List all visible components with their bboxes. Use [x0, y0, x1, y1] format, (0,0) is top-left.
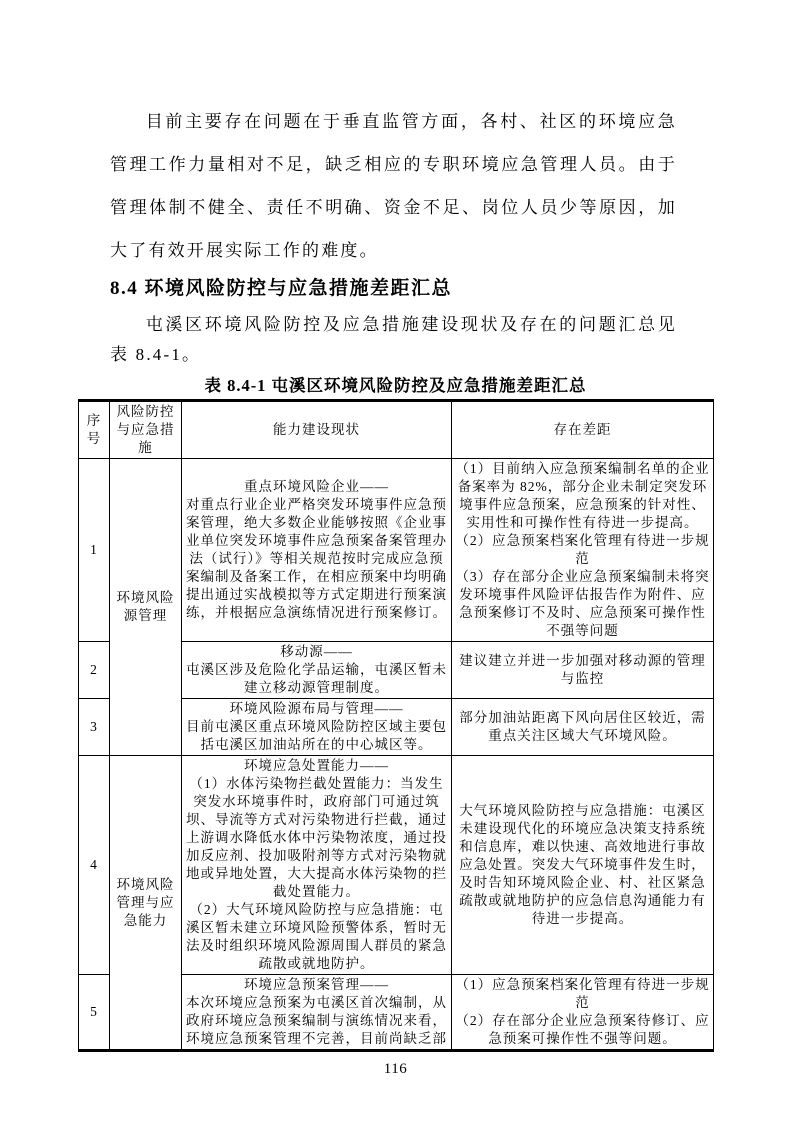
risk-gap-summary-table: 序号 风险防控与应急措施 能力建设现状 存在差距 1 环境风险源管理 重点环境风…	[78, 399, 714, 1052]
table-caption: 表 8.4-1 屯溪区环境风险防控及应急措施差距汇总	[78, 375, 713, 397]
status-heading: 移动源——	[184, 643, 449, 661]
category-cell-risk-source: 环境风险源管理	[110, 459, 182, 756]
table-row-1: 1 环境风险源管理 重点环境风险企业—— 对重点行业企业严格突发环境事件应急预案…	[79, 459, 714, 642]
column-header-gap: 存在差距	[452, 401, 714, 459]
category-cell-risk-management: 环境风险管理与应急能力	[110, 756, 182, 1051]
status-heading: 重点环境风险企业——	[184, 478, 449, 496]
gap-item: 建议建立并进一步加强对移动源的管理与监控	[454, 652, 711, 688]
column-header-status: 能力建设现状	[182, 401, 452, 459]
table-row-4: 4 环境风险管理与应急能力 环境应急处置能力—— （1）水体污染物拦截处置能力：…	[79, 756, 714, 975]
gap-cell: 部分加油站距离下风向居住区较近，需重点关注区域大气环境风险。	[452, 699, 714, 756]
status-heading: 环境应急预案管理——	[184, 976, 449, 994]
status-cell: 环境风险源布局与管理—— 目前屯溪区重点环境风险防控区域主要包括屯溪区加油站所在…	[182, 699, 452, 756]
row-number-cell: 4	[79, 756, 110, 975]
status-paragraph: 屯溪区涉及危险化学品运输，屯溪区暂未建立移动源管理制度。	[184, 661, 449, 697]
gap-cell: 建议建立并进一步加强对移动源的管理与监控	[452, 642, 714, 699]
page-number: 116	[78, 1061, 713, 1078]
status-cell: 移动源—— 屯溪区涉及危险化学品运输，屯溪区暂未建立移动源管理制度。	[182, 642, 452, 699]
paragraph-table-intro: 屯溪区环境风险防控及应急措施建设现状及存在的问题汇总见表 8.4-1。	[110, 310, 677, 370]
body-text-block: 目前主要存在问题在于垂直监管方面，各村、社区的环境应急管理工作力量相对不足，缺乏…	[110, 100, 677, 370]
gap-item: 大气环境风险防控与应急措施：屯溪区未建设现代化的环境应急决策支持系统和信息库，难…	[454, 802, 711, 928]
row-number-cell: 5	[79, 975, 110, 1051]
column-header-number: 序号	[79, 401, 110, 459]
status-paragraph: （2）大气环境风险防控与应急措施：屯溪区暂未建立环境风险预警体系，暂时无法及时组…	[184, 901, 449, 973]
status-cell: 环境应急处置能力—— （1）水体污染物拦截处置能力：当发生突发水环境事件时，政府…	[182, 756, 452, 975]
document-page: 目前主要存在问题在于垂直监管方面，各村、社区的环境应急管理工作力量相对不足，缺乏…	[0, 0, 793, 1122]
gap-cell: （1）目前纳入应急预案编制名单的企业备案率为 82%，部分企业未制定突发环境事件…	[452, 459, 714, 642]
section-heading-8-4: 8.4 环境风险防控与应急措施差距汇总	[110, 276, 677, 302]
status-paragraph: （1）水体污染物拦截处置能力：当发生突发水环境事件时，政府部门可通过筑坝、导流等…	[184, 775, 449, 901]
gap-cell: （1）应急预案档案化管理有待进一步规范 （2）存在部分企业应急预案待修订、应急预…	[452, 975, 714, 1051]
gap-item: 部分加油站距离下风向居住区较近，需重点关注区域大气环境风险。	[454, 709, 711, 745]
row-number-cell: 2	[79, 642, 110, 699]
status-cell: 重点环境风险企业—— 对重点行业企业严格突发环境事件应急预案管理，绝大多数企业能…	[182, 459, 452, 642]
row-number-cell: 1	[79, 459, 110, 642]
status-paragraph: 本次环境应急预案为屯溪区首次编制，从政府环境应急预案编制与演练情况来看，环境应急…	[184, 994, 449, 1048]
status-paragraph: 对重点行业企业严格突发环境事件应急预案管理，绝大多数企业能够按照《企业事业单位突…	[184, 496, 449, 622]
table-header-row: 序号 风险防控与应急措施 能力建设现状 存在差距	[79, 401, 714, 459]
gap-item: （1）目前纳入应急预案编制名单的企业备案率为 82%，部分企业未制定突发环境事件…	[454, 460, 711, 532]
gap-item: （2）应急预案档案化管理有待进一步规范	[454, 532, 711, 568]
gap-item: （3）存在部分企业应急预案编制未将突发环境事件风险评估报告作为附件、应急预案修订…	[454, 568, 711, 640]
status-cell: 环境应急预案管理—— 本次环境应急预案为屯溪区首次编制，从政府环境应急预案编制与…	[182, 975, 452, 1051]
gap-item: （2）存在部分企业应急预案待修订、应急预案可操作性不强等问题。	[454, 1012, 711, 1048]
row-number-cell: 3	[79, 699, 110, 756]
status-paragraph: 目前屯溪区重点环境风险防控区域主要包括屯溪区加油站所在的中心城区等。	[184, 718, 449, 754]
column-header-category: 风险防控与应急措施	[110, 401, 182, 459]
status-heading: 环境风险源布局与管理——	[184, 700, 449, 718]
paragraph-current-problems: 目前主要存在问题在于垂直监管方面，各村、社区的环境应急管理工作力量相对不足，缺乏…	[110, 100, 677, 272]
gap-cell: 大气环境风险防控与应急措施：屯溪区未建设现代化的环境应急决策支持系统和信息库，难…	[452, 756, 714, 975]
gap-item: （1）应急预案档案化管理有待进一步规范	[454, 976, 711, 1012]
status-heading: 环境应急处置能力——	[184, 757, 449, 775]
